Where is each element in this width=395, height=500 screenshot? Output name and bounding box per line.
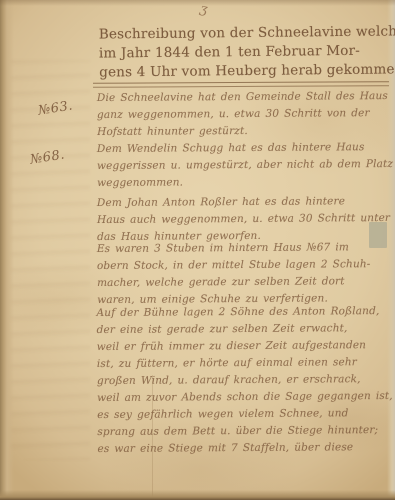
paper-crease: [152, 375, 153, 500]
paragraph-3-line: Haus auch weggenommen, u. etwa 30 Schrit…: [97, 210, 391, 229]
paragraph-2-line: Dem Wendelin Schugg hat es das hintere H…: [97, 139, 391, 158]
paragraph-5-line: sprang aus dem Bett u. über die Stiege h…: [97, 422, 391, 441]
page-bottom-edge: [0, 490, 395, 500]
paragraph-1-line: Die Schneelavine hat den Gemeinde Stall …: [97, 88, 391, 107]
paragraph-1-line: ganz weggenommen, u. etwa 30 Schritt von…: [97, 105, 391, 124]
page-top-shadow: [0, 0, 395, 6]
paragraph-3: Dem Johan Anton Roßler hat es das hinter…: [97, 193, 391, 246]
ink-bleed-through: [10, 60, 90, 460]
paragraph-5-line: es sey gefährlich wegen vielem Schnee, u…: [97, 405, 391, 424]
paragraph-5: Auf der Bühne lagen 2 Söhne des Anton Ro…: [96, 303, 391, 458]
title-underline-rule: [93, 81, 389, 88]
paragraph-3-line: Dem Johan Anton Roßler hat es das hinter…: [97, 193, 391, 212]
paragraph-5-line: großen Wind, u. darauf krachen, er ersch…: [97, 371, 391, 390]
paragraph-5-line: Auf der Bühne lagen 2 Söhne des Anton Ro…: [96, 303, 390, 322]
title-line-3: gens 4 Uhr vom Heuberg herab gekommen is…: [99, 60, 391, 82]
page-left-edge: [0, 0, 14, 500]
paragraph-5-line: es war eine Stiege mit 7 Staffeln, über …: [97, 439, 391, 458]
paragraph-4: Es waren 3 Stuben im hintern Haus №67 im…: [97, 239, 391, 309]
document-title: Beschreibung von der Schneelavine welche…: [99, 22, 392, 82]
paragraph-1-line: Hofstatt hinunter gestürzt.: [97, 122, 391, 141]
paragraph-2: Dem Wendelin Schugg hat es das hintere H…: [97, 139, 391, 192]
paragraph-2-line: weggerissen u. umgestürzt, aber nicht ab…: [97, 156, 391, 175]
paragraph-5-line: der eine ist gerade zur selben Zeit erwa…: [97, 320, 391, 339]
manuscript-page: ʒ Beschreibung von der Schneelavine welc…: [0, 0, 395, 500]
paragraph-4-line: obern Stock, in der mittel Stube lagen 2…: [97, 256, 391, 275]
paragraph-5-line: weil er früh immer zu dieser Zeit aufges…: [97, 337, 391, 356]
tape-patch: [369, 222, 387, 248]
paragraph-1: Die Schneelavine hat den Gemeinde Stall …: [97, 88, 391, 141]
paragraph-5-line: ist, zu füttern, er hörte auf einmal ein…: [97, 354, 391, 373]
ink-flourish-mark: ʒ: [199, 1, 209, 17]
paragraph-2-line: weggenommen.: [97, 173, 391, 192]
paragraph-5-line: weil am zuvor Abends schon die Sage gega…: [97, 388, 391, 407]
paragraph-4-line: macher, welche gerade zur selben Zeit do…: [97, 273, 391, 292]
paragraph-4-line: Es waren 3 Stuben im hintern Haus №67 im: [97, 239, 391, 258]
